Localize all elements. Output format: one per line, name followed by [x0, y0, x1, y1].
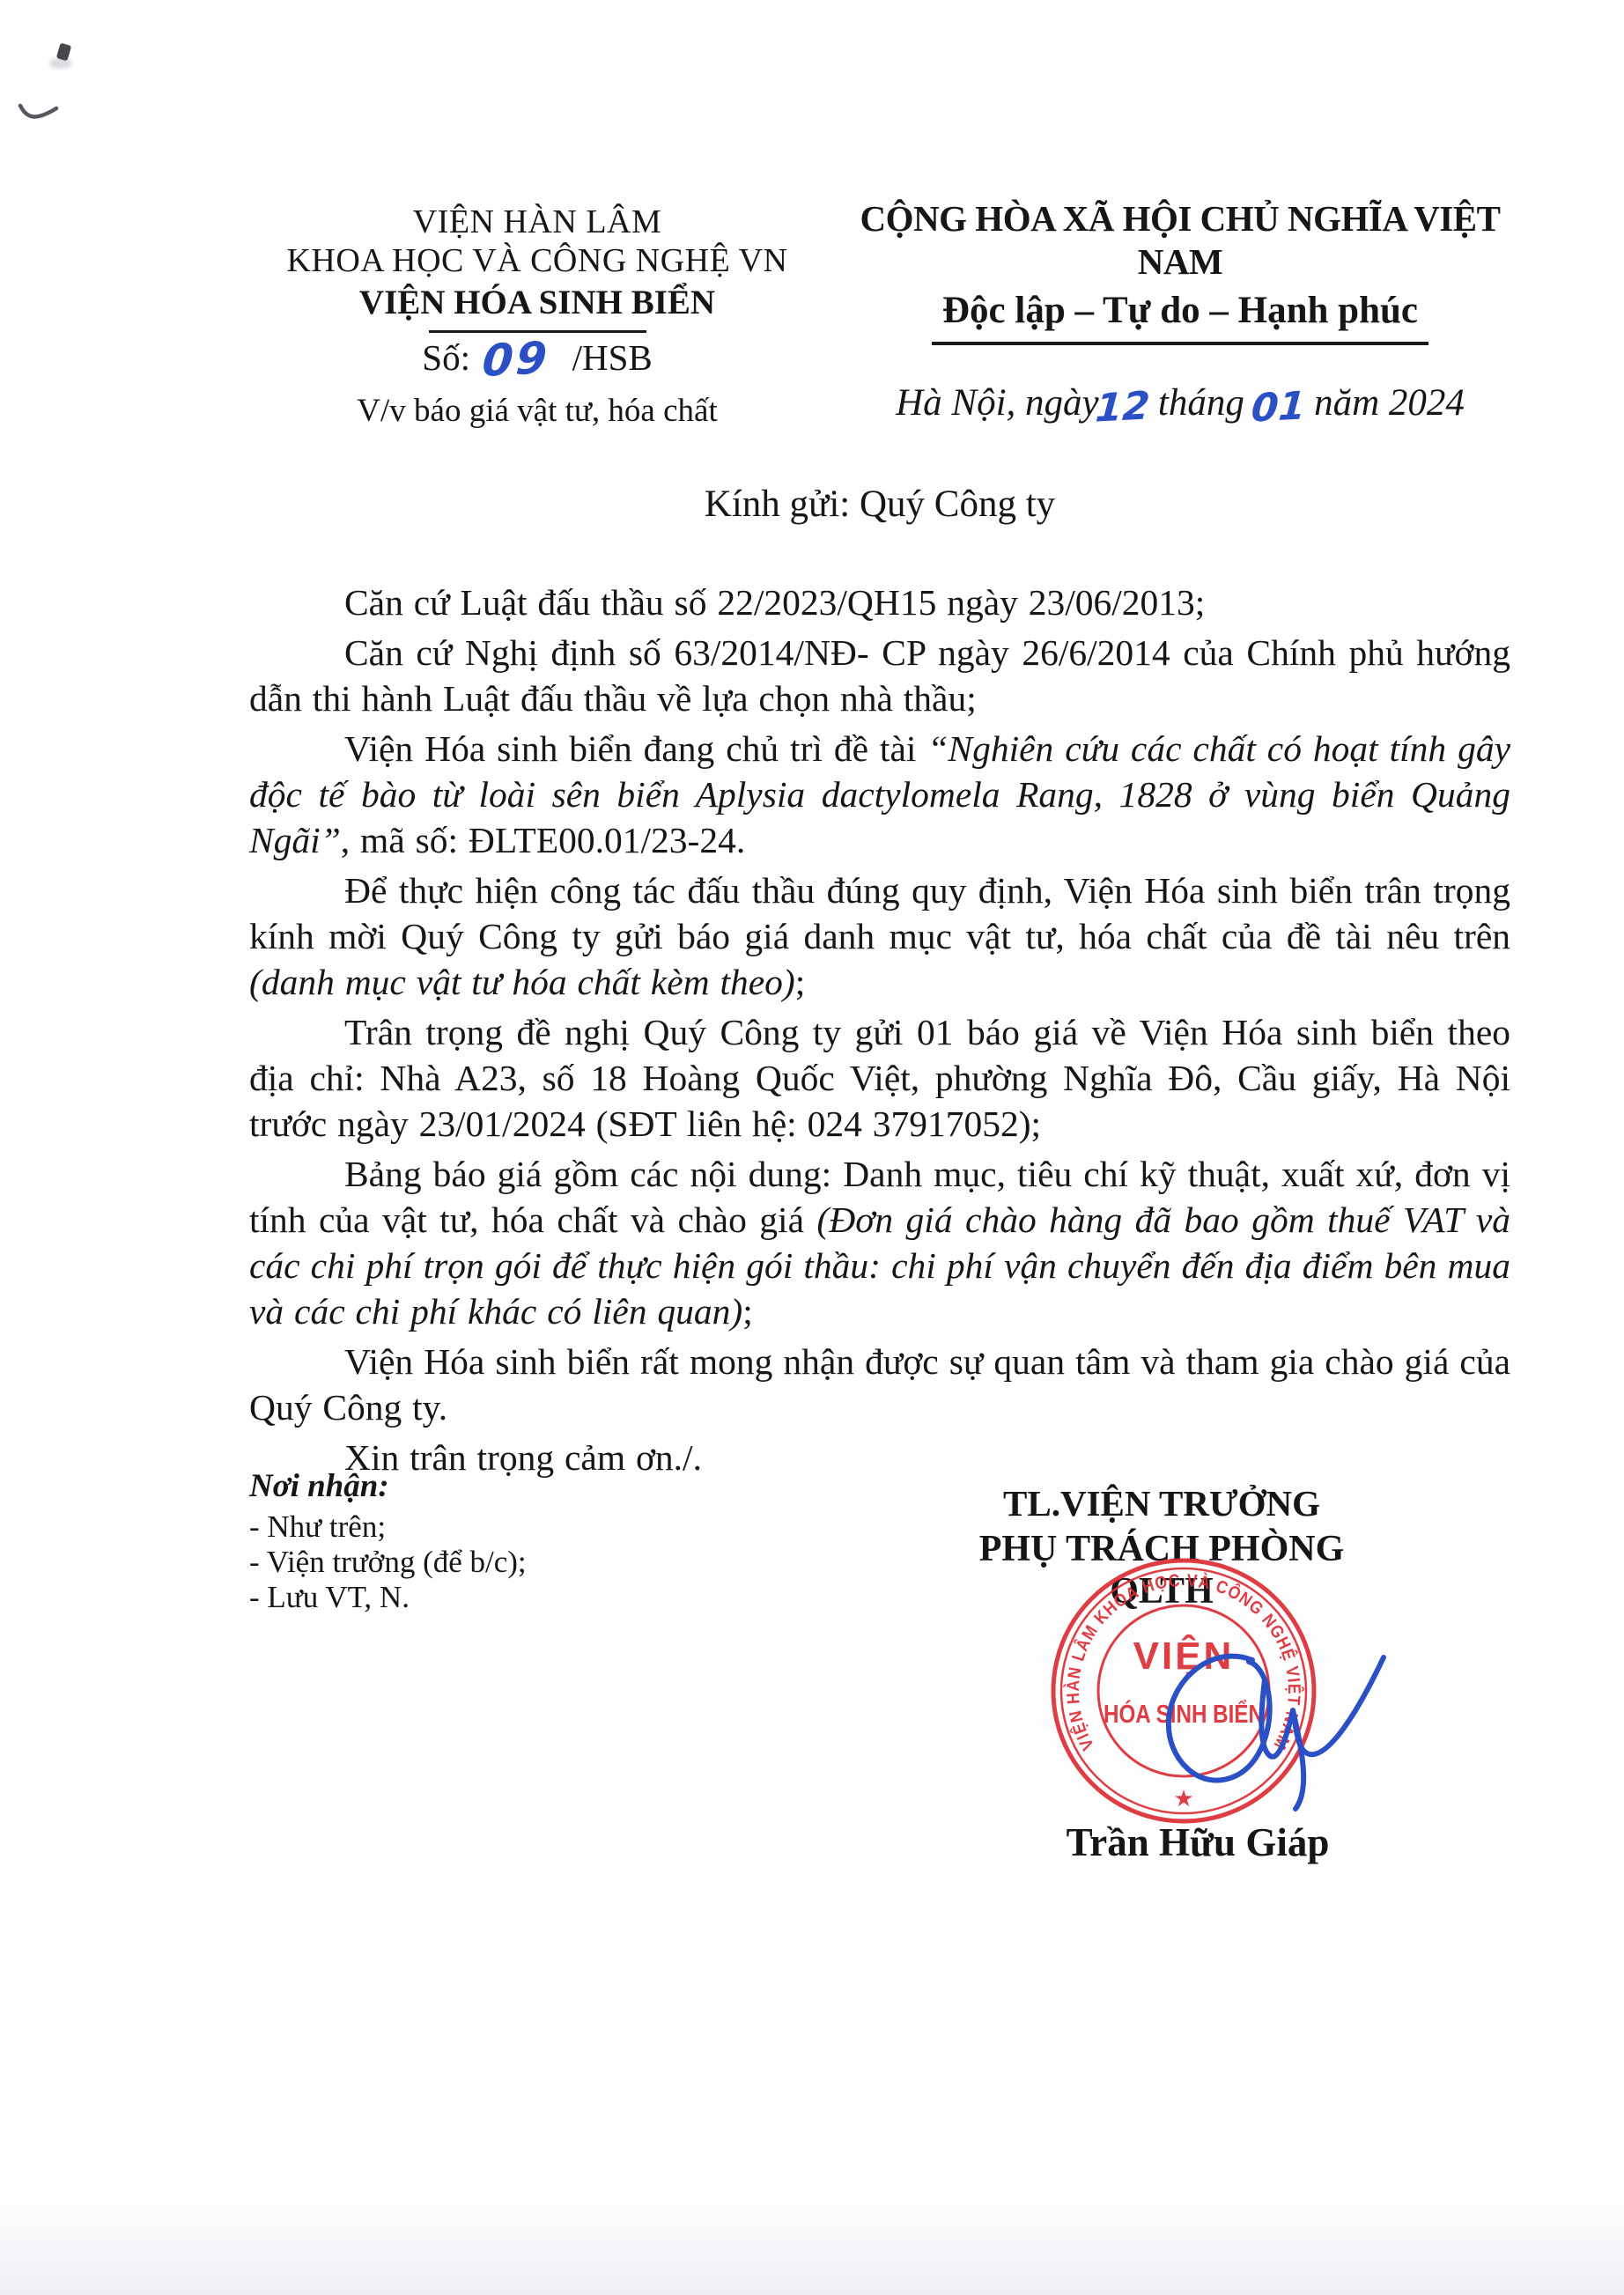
date-day-handwritten: 12 — [1094, 383, 1151, 432]
doc-number-line: Số:09/HSB — [254, 334, 821, 385]
scanned-letter-page: VIỆN HÀN LÂM KHOA HỌC VÀ CÔNG NGHỆ VN VI… — [0, 0, 1624, 2295]
recipients-title: Nơi nhận: — [249, 1469, 527, 1504]
date-city-part: Hà Nội, ngày — [896, 382, 1099, 424]
letter-body: Căn cứ Luật đấu thầu số 22/2023/QH15 ngà… — [249, 579, 1510, 1480]
recipients-block: Nơi nhận: - Như trên; - Viện trưởng (để … — [249, 1469, 527, 1615]
scan-artifact-smudge — [49, 58, 72, 69]
paragraph-invitation-text: Để thực hiện công tác đấu thầu đúng quy … — [249, 870, 1510, 956]
national-title: CỘNG HÒA XÃ HỘI CHỦ NGHĨA VIỆT NAM — [828, 197, 1532, 284]
paragraph-legal-basis-2: Căn cứ Nghị định số 63/2014/NĐ- CP ngày … — [249, 630, 1510, 721]
national-header-block: CỘNG HÒA XÃ HỘI CHỦ NGHĨA VIỆT NAM Độc l… — [828, 197, 1532, 432]
bottom-scan-noise — [0, 2198, 1624, 2295]
paragraph-quote-contents-tail: ; — [742, 1291, 753, 1332]
doc-number-handwritten-value: 09 — [481, 332, 551, 387]
greeting-line: Kính gửi: Quý Công ty — [249, 483, 1510, 526]
recipient-item: - Lưu VT, N. — [249, 1580, 527, 1615]
date-month-label: tháng — [1158, 382, 1244, 424]
scan-artifact-mark — [18, 99, 60, 125]
paragraph-closing-interest: Viện Hóa sinh biển rất mong nhận được sự… — [249, 1339, 1510, 1430]
paragraph-address: Trân trọng đề nghị Quý Công ty gửi 01 bá… — [249, 1009, 1510, 1147]
doc-subject: V/v báo giá vật tư, hóa chất — [254, 393, 821, 431]
paragraph-invitation-note-italic: (danh mục vật tư hóa chất kèm theo) — [249, 962, 795, 1002]
doc-number-prefix: Số: — [422, 337, 470, 378]
paragraph-quote-contents: Bảng báo giá gồm các nội dung: Danh mục,… — [249, 1151, 1510, 1334]
paragraph-legal-basis-1: Căn cứ Luật đấu thầu số 22/2023/QH15 ngà… — [249, 579, 1510, 625]
issuer-parent-line1: VIỆN HÀN LÂM — [254, 203, 821, 241]
paragraph-project-code: , mã số: ĐLTE00.01/23-24. — [341, 820, 745, 860]
date-line: Hà Nội, ngày12tháng01năm 2024 — [828, 380, 1532, 432]
issuer-parent-line2: KHOA HỌC VÀ CÔNG NGHỆ VN — [254, 241, 821, 280]
sign-title-line1: TL.VIỆN TRƯỞNG — [946, 1483, 1377, 1524]
paragraph-invitation-tail: ; — [795, 962, 806, 1002]
signature-scribble — [1154, 1625, 1409, 1814]
national-motto-line: Độc lập – Tự do – Hạnh phúc — [828, 288, 1532, 345]
issuer-name: VIỆN HÓA SINH BIỂN — [254, 283, 821, 322]
recipient-item: - Như trên; — [249, 1509, 527, 1545]
national-motto: Độc lập – Tự do – Hạnh phúc — [932, 288, 1428, 345]
doc-number-suffix: /HSB — [572, 337, 653, 378]
date-month-handwritten: 01 — [1250, 383, 1307, 432]
paragraph-invitation: Để thực hiện công tác đấu thầu đúng quy … — [249, 867, 1510, 1005]
date-year-part: năm 2024 — [1314, 382, 1465, 424]
paragraph-project: Viện Hóa sinh biển đang chủ trì đề tài “… — [249, 726, 1510, 863]
paragraph-project-text: Viện Hóa sinh biển đang chủ trì đề tài — [344, 728, 927, 769]
issuer-block: VIỆN HÀN LÂM KHOA HỌC VÀ CÔNG NGHỆ VN VI… — [254, 203, 821, 431]
signer-name: Trần Hữu Giáp — [1022, 1819, 1374, 1865]
recipient-item: - Viện trưởng (để b/c); — [249, 1545, 527, 1580]
